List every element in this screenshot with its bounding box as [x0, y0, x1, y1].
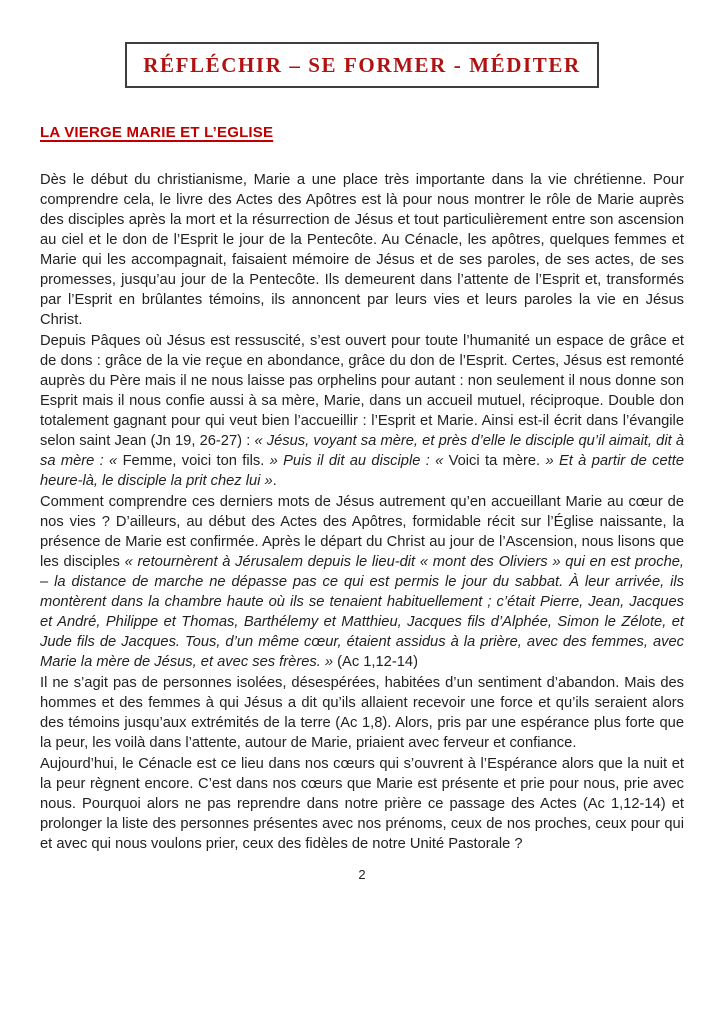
- body-text: Dès le début du christianisme, Marie a u…: [40, 170, 684, 854]
- paragraph-run: Aujourd’hui, le Cénacle est ce lieu dans…: [40, 756, 684, 852]
- page-number: 2: [40, 867, 684, 882]
- paragraph-run: .: [273, 473, 277, 489]
- paragraph-run: (Ac 1,12-14): [333, 654, 418, 670]
- paragraph: Comment comprendre ces derniers mots de …: [40, 492, 684, 672]
- paragraph-run: Il ne s’agit pas de personnes isolées, d…: [40, 675, 684, 751]
- paragraph-run: Depuis Pâques où Jésus est ressuscité, s…: [40, 333, 684, 449]
- paragraph: Aujourd’hui, le Cénacle est ce lieu dans…: [40, 754, 684, 854]
- paragraph-run: « retournèrent à Jérusalem depuis le lie…: [40, 554, 684, 670]
- section-heading: LA VIERGE MARIE ET L’EGLISE: [40, 124, 684, 141]
- paragraph-run: Dès le début du christianisme, Marie a u…: [40, 172, 684, 328]
- paragraph: Dès le début du christianisme, Marie a u…: [40, 170, 684, 330]
- banner-box: RÉFLÉCHIR – SE FORMER - MÉDITER: [125, 42, 599, 88]
- banner-title: RÉFLÉCHIR – SE FORMER - MÉDITER: [143, 53, 581, 78]
- paragraph: Il ne s’agit pas de personnes isolées, d…: [40, 673, 684, 753]
- paragraph-run: Femme, voici ton fils.: [123, 453, 270, 469]
- paragraph: Depuis Pâques où Jésus est ressuscité, s…: [40, 331, 684, 491]
- paragraph-run: Voici ta mère.: [449, 453, 546, 469]
- document-page: RÉFLÉCHIR – SE FORMER - MÉDITER LA VIERG…: [0, 0, 724, 1024]
- paragraph-run: » Puis il dit au disciple : «: [270, 453, 449, 469]
